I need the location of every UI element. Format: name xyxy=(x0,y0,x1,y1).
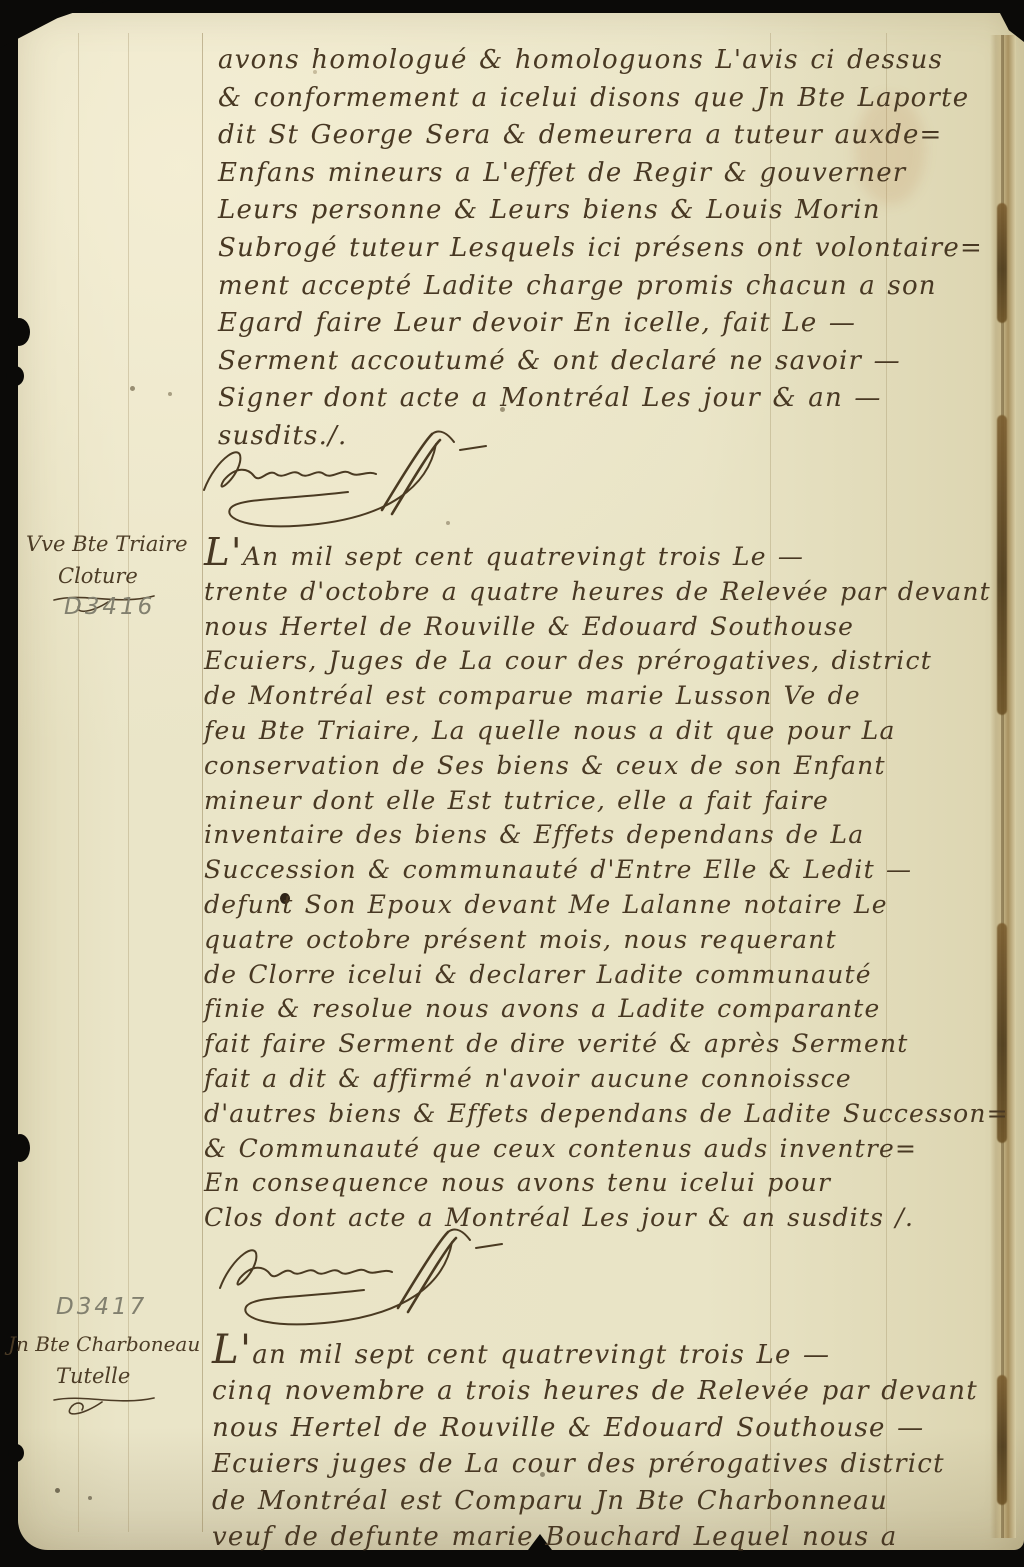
manuscript-line: & conformement a icelui disons que Jn Bt… xyxy=(218,80,983,118)
manuscript-line: quatre octobre présent mois, nous requer… xyxy=(204,923,1009,958)
scan-edge-bump xyxy=(10,1134,30,1162)
margin-note-type: Tutelle xyxy=(56,1364,130,1388)
margin-note-name: Jn Bte Charboneau xyxy=(8,1332,200,1356)
foxing-speck xyxy=(130,386,135,391)
manuscript-line: defunt Son Epoux devant Me Lalanne notai… xyxy=(204,888,1009,923)
manuscript-line: veuf de defunte marie Bouchard Lequel no… xyxy=(212,1519,978,1555)
signature-flourish xyxy=(196,428,501,538)
manuscript-line: de Clorre icelui & declarer Ladite commu… xyxy=(204,958,1009,993)
manuscript-line: Ecuiers juges de La cour des prérogative… xyxy=(212,1446,978,1482)
foxing-speck xyxy=(88,1496,92,1500)
scan-edge-bump xyxy=(8,318,30,346)
manuscript-line: Leurs personne & Leurs biens & Louis Mor… xyxy=(218,192,983,230)
manuscript-line: fait faire Serment de dire verité & aprè… xyxy=(204,1027,1009,1062)
manuscript-line: nous Hertel de Rouville & Edouard Southo… xyxy=(212,1410,978,1446)
foxing-speck xyxy=(168,392,172,396)
margin-flourish xyxy=(48,1392,158,1418)
foxing-speck xyxy=(55,1488,60,1493)
scan-edge-bump xyxy=(6,366,24,386)
manuscript-line: Signer dont acte a Montréal Les jour & a… xyxy=(218,380,983,418)
manuscript-line: conservation de Ses biens & ceux de son … xyxy=(204,749,1009,784)
margin-note-type: Cloture xyxy=(58,564,138,588)
manuscript-line: & Communauté que ceux contenus auds inve… xyxy=(204,1132,1009,1167)
manuscript-line: fait a dit & affirmé n'avoir aucune conn… xyxy=(204,1062,1009,1097)
pencil-reference: D3417 xyxy=(56,1294,147,1320)
manuscript-line: L'an mil sept cent quatrevingt trois Le … xyxy=(212,1332,978,1373)
manuscript-line: de Montréal est Comparu Jn Bte Charbonne… xyxy=(212,1483,978,1519)
binding-knot xyxy=(997,203,1007,323)
manuscript-line: nous Hertel de Rouville & Edouard Southo… xyxy=(204,610,1009,645)
manuscript-line: feu Bte Triaire, La quelle nous a dit qu… xyxy=(204,714,1009,749)
manuscript-line: En consequence nous avons tenu icelui po… xyxy=(204,1166,1009,1201)
manuscript-line: Succession & communauté d'Entre Elle & L… xyxy=(204,853,1009,888)
manuscript-text-block-3: L'an mil sept cent quatrevingt trois Le … xyxy=(212,1332,978,1555)
manuscript-line: d'autres biens & Effets dependans de Lad… xyxy=(204,1097,1009,1132)
manuscript-text-block-2: L'An mil sept cent quatrevingt trois Le … xyxy=(204,536,1009,1236)
manuscript-line: L'An mil sept cent quatrevingt trois Le … xyxy=(204,536,1009,575)
manuscript-line: Enfans mineurs a L'effet de Regir & gouv… xyxy=(218,155,983,193)
pencil-reference: D3416 xyxy=(64,594,155,620)
manuscript-line: trente d'octobre a quatre heures de Rele… xyxy=(204,575,1009,610)
margin-rule-crease xyxy=(202,33,203,1532)
manuscript-line: finie & resolue nous avons a Ladite comp… xyxy=(204,992,1009,1027)
manuscript-line: inventaire des biens & Effets dependans … xyxy=(204,818,1009,853)
manuscript-line: Serment accoutumé & ont declaré ne savoi… xyxy=(218,343,983,381)
manuscript-line: cinq novembre a trois heures de Relevée … xyxy=(212,1373,978,1409)
binding-knot xyxy=(997,1375,1007,1505)
manuscript-line: Subrogé tuteur Lesquels ici présens ont … xyxy=(218,230,983,268)
manuscript-line: Egard faire Leur devoir En icelle, fait … xyxy=(218,305,983,343)
manuscript-line: ment accepté Ladite charge promis chacun… xyxy=(218,268,983,306)
scan-edge-bump xyxy=(8,1444,24,1462)
manuscript-line: dit St George Sera & demeurera a tuteur … xyxy=(218,117,983,155)
signature-flourish xyxy=(212,1226,517,1336)
manuscript-line: de Montréal est comparue marie Lusson Ve… xyxy=(204,679,1009,714)
margin-note-name: Vve Bte Triaire xyxy=(26,532,188,556)
manuscript-line: Ecuiers, Juges de La cour des prérogativ… xyxy=(204,644,1009,679)
manuscript-line: mineur dont elle Est tutrice, elle a fai… xyxy=(204,784,1009,819)
manuscript-text-block-1: avons homologué & homologuons L'avis ci … xyxy=(218,42,983,456)
scanned-manuscript-page: { "page": { "language": "French", "scrip… xyxy=(0,0,1024,1567)
manuscript-line: avons homologué & homologuons L'avis ci … xyxy=(218,42,983,80)
